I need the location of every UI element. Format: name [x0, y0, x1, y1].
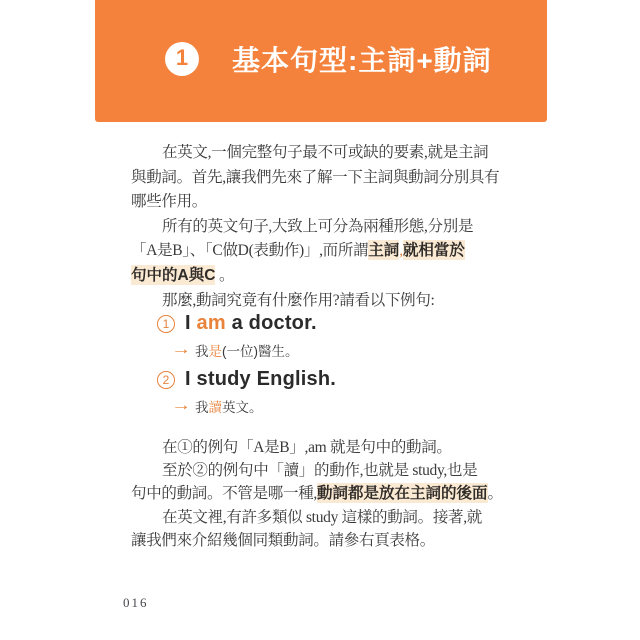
- paragraph-line: 哪些作用。: [131, 190, 521, 215]
- text-segment: 。: [488, 485, 503, 502]
- text-segment: 我: [195, 400, 209, 415]
- example-number-badge: 2: [157, 371, 175, 389]
- chapter-title: 基本句型:主詞+動詞: [232, 44, 492, 77]
- text-segment: 。: [215, 267, 234, 284]
- paragraph-line: 讓我們來介紹幾個同類動詞。請參右頁表格。: [131, 529, 521, 552]
- paragraph-line: 在英文,一個完整句子最不可或缺的要素,就是主詞: [131, 141, 521, 166]
- paragraph-line: 句中的動詞。不管是哪一種,動詞都是放在主詞的後面。: [131, 482, 521, 505]
- text-segment: 讀: [209, 400, 223, 415]
- paragraph-line: 至於②的例句中「讀」的動作,也就是 study,也是: [131, 459, 521, 482]
- paragraph-line: 在英文裡,有許多類似 study 這樣的動詞。接著,就: [131, 506, 521, 529]
- text-segment: a doctor.: [226, 312, 317, 334]
- text-segment: 我: [195, 344, 209, 359]
- text-segment: I study English.: [185, 368, 336, 390]
- text-segment: I: [185, 312, 197, 334]
- text-segment: 英文。: [222, 400, 263, 415]
- example-number-badge: 1: [157, 315, 175, 333]
- arrow-right-icon: →: [171, 341, 191, 359]
- paragraph-line: 與動詞。首先,讓我們先來了解一下主詞與動詞分別具有: [131, 166, 521, 191]
- body-text-upper: 在英文,一個完整句子最不可或缺的要素,就是主詞 與動詞。首先,讓我們先來了解一下…: [131, 141, 521, 313]
- chapter-number: 1: [176, 45, 188, 71]
- text-segment: 「A是B」、「C做D(表動作)」,而所謂: [131, 242, 368, 259]
- text-segment: 主詞: [368, 240, 399, 260]
- example-english-sentence: I am a doctor.: [185, 312, 317, 335]
- example-translation: 我讀英文。: [195, 396, 263, 416]
- example-english-sentence: I study English.: [185, 368, 336, 391]
- text-segment: 句中的動詞。不管是哪一種,: [131, 485, 317, 502]
- arrow-right-icon: →: [171, 397, 191, 415]
- paragraph-line: 「A是B」、「C做D(表動作)」,而所謂主詞,就相當於: [131, 239, 521, 264]
- text-segment: 句中的A與C: [131, 265, 215, 285]
- text-segment: (一位)醫生。: [222, 344, 299, 359]
- text-segment: 動詞都是放在主詞的後面: [317, 483, 488, 503]
- example-item-1: 1 I am a doctor. → 我是(一位)醫生。: [157, 312, 317, 360]
- paragraph-line: 在①的例句「A是B」,am 就是句中的動詞。: [131, 436, 521, 459]
- example-translation: 我是(一位)醫生。: [195, 340, 299, 360]
- paragraph-line: 所有的英文句子,大致上可分為兩種形態,分別是: [131, 215, 521, 240]
- example-english-line: 1 I am a doctor.: [157, 312, 317, 335]
- chapter-number-badge: 1: [165, 42, 199, 76]
- example-english-line: 2 I study English.: [157, 368, 336, 391]
- body-text-lower: 在①的例句「A是B」,am 就是句中的動詞。 至於②的例句中「讀」的動作,也就是…: [131, 436, 521, 552]
- text-segment: am: [197, 312, 226, 334]
- paragraph-line: 句中的A與C 。: [131, 264, 521, 289]
- paragraph-line: 那麼,動詞究竟有什麼作用?請看以下例句:: [131, 289, 521, 314]
- page-number: 016: [123, 595, 149, 611]
- example-translation-line: → 我讀英文。: [173, 396, 336, 416]
- example-translation-line: → 我是(一位)醫生。: [173, 340, 317, 360]
- book-page: 1 基本句型:主詞+動詞 在英文,一個完整句子最不可或缺的要素,就是主詞 與動詞…: [0, 0, 640, 640]
- text-segment: 是: [209, 344, 223, 359]
- example-item-2: 2 I study English. → 我讀英文。: [157, 368, 336, 416]
- text-segment: 就相當於: [403, 240, 465, 260]
- chapter-banner: 1 基本句型:主詞+動詞: [95, 0, 547, 122]
